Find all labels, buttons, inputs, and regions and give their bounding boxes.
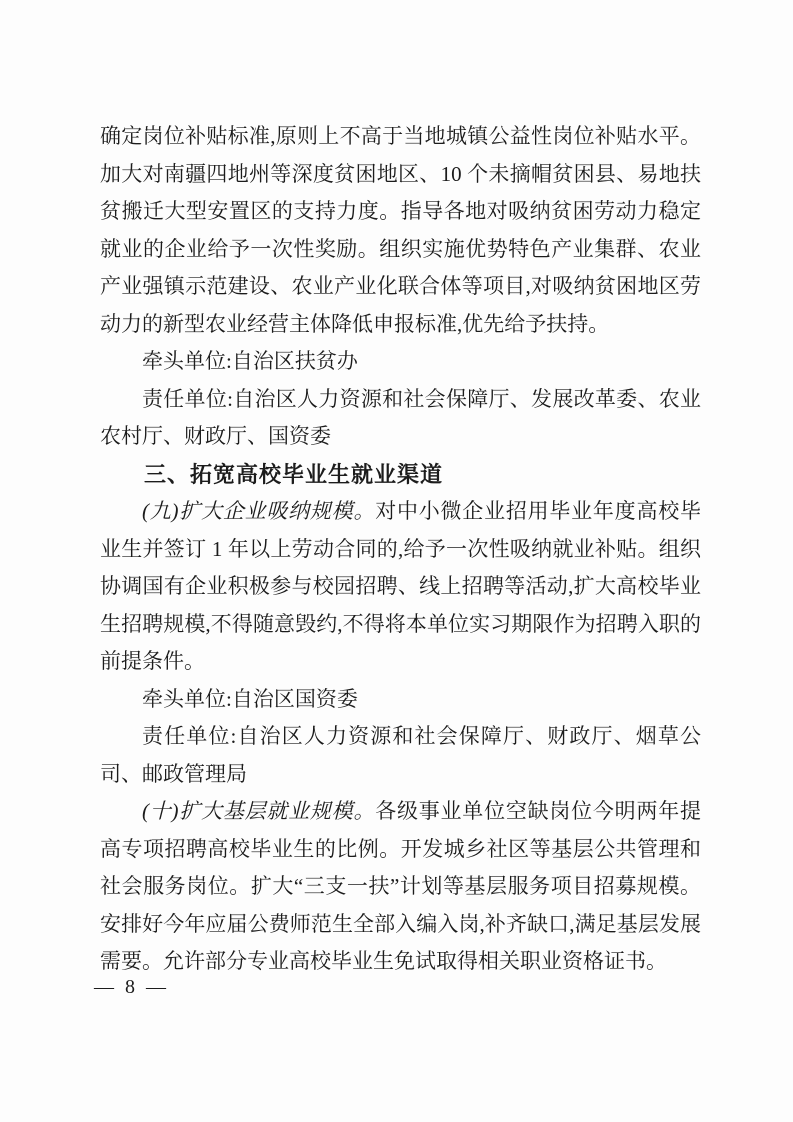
page-number: — 8 — — [94, 974, 169, 1000]
item-9-body: 对中小微企业招用毕业年度高校毕业生并签订 1 年以上劳动合同的,给予一次性吸纳就… — [100, 499, 701, 673]
lead-unit-line-2: 牵头单位:自治区国资委 — [100, 681, 701, 719]
paragraph-item-10: (十)扩大基层就业规模。各级事业单位空缺岗位今明两年提高专项招聘高校毕业生的比例… — [100, 793, 701, 981]
responsible-unit-line-2: 责任单位:自治区人力资源和社会保障厅、财政厅、烟草公司、邮政管理局 — [100, 718, 701, 793]
section-heading: 三、拓宽高校毕业生就业渠道 — [100, 456, 701, 494]
paragraph-item-9: (九)扩大企业吸纳规模。对中小微企业招用毕业年度高校毕业生并签订 1 年以上劳动… — [100, 493, 701, 681]
item-9-lead: (九)扩大企业吸纳规模。 — [142, 499, 375, 523]
document-page: 确定岗位补贴标准,原则上不高于当地城镇公益性岗位补贴水平。加大对南疆四地州等深度… — [0, 0, 793, 1122]
document-body: 确定岗位补贴标准,原则上不高于当地城镇公益性岗位补贴水平。加大对南疆四地州等深度… — [100, 118, 701, 981]
responsible-unit-line-1: 责任单位:自治区人力资源和社会保障厅、发展改革委、农业农村厅、财政厅、国资委 — [100, 381, 701, 456]
lead-unit-line-1: 牵头单位:自治区扶贫办 — [100, 343, 701, 381]
paragraph-continuation: 确定岗位补贴标准,原则上不高于当地城镇公益性岗位补贴水平。加大对南疆四地州等深度… — [100, 118, 701, 343]
item-10-lead: (十)扩大基层就业规模。 — [142, 799, 375, 823]
item-10-body: 各级事业单位空缺岗位今明两年提高专项招聘高校毕业生的比例。开发城乡社区等基层公共… — [100, 799, 701, 973]
